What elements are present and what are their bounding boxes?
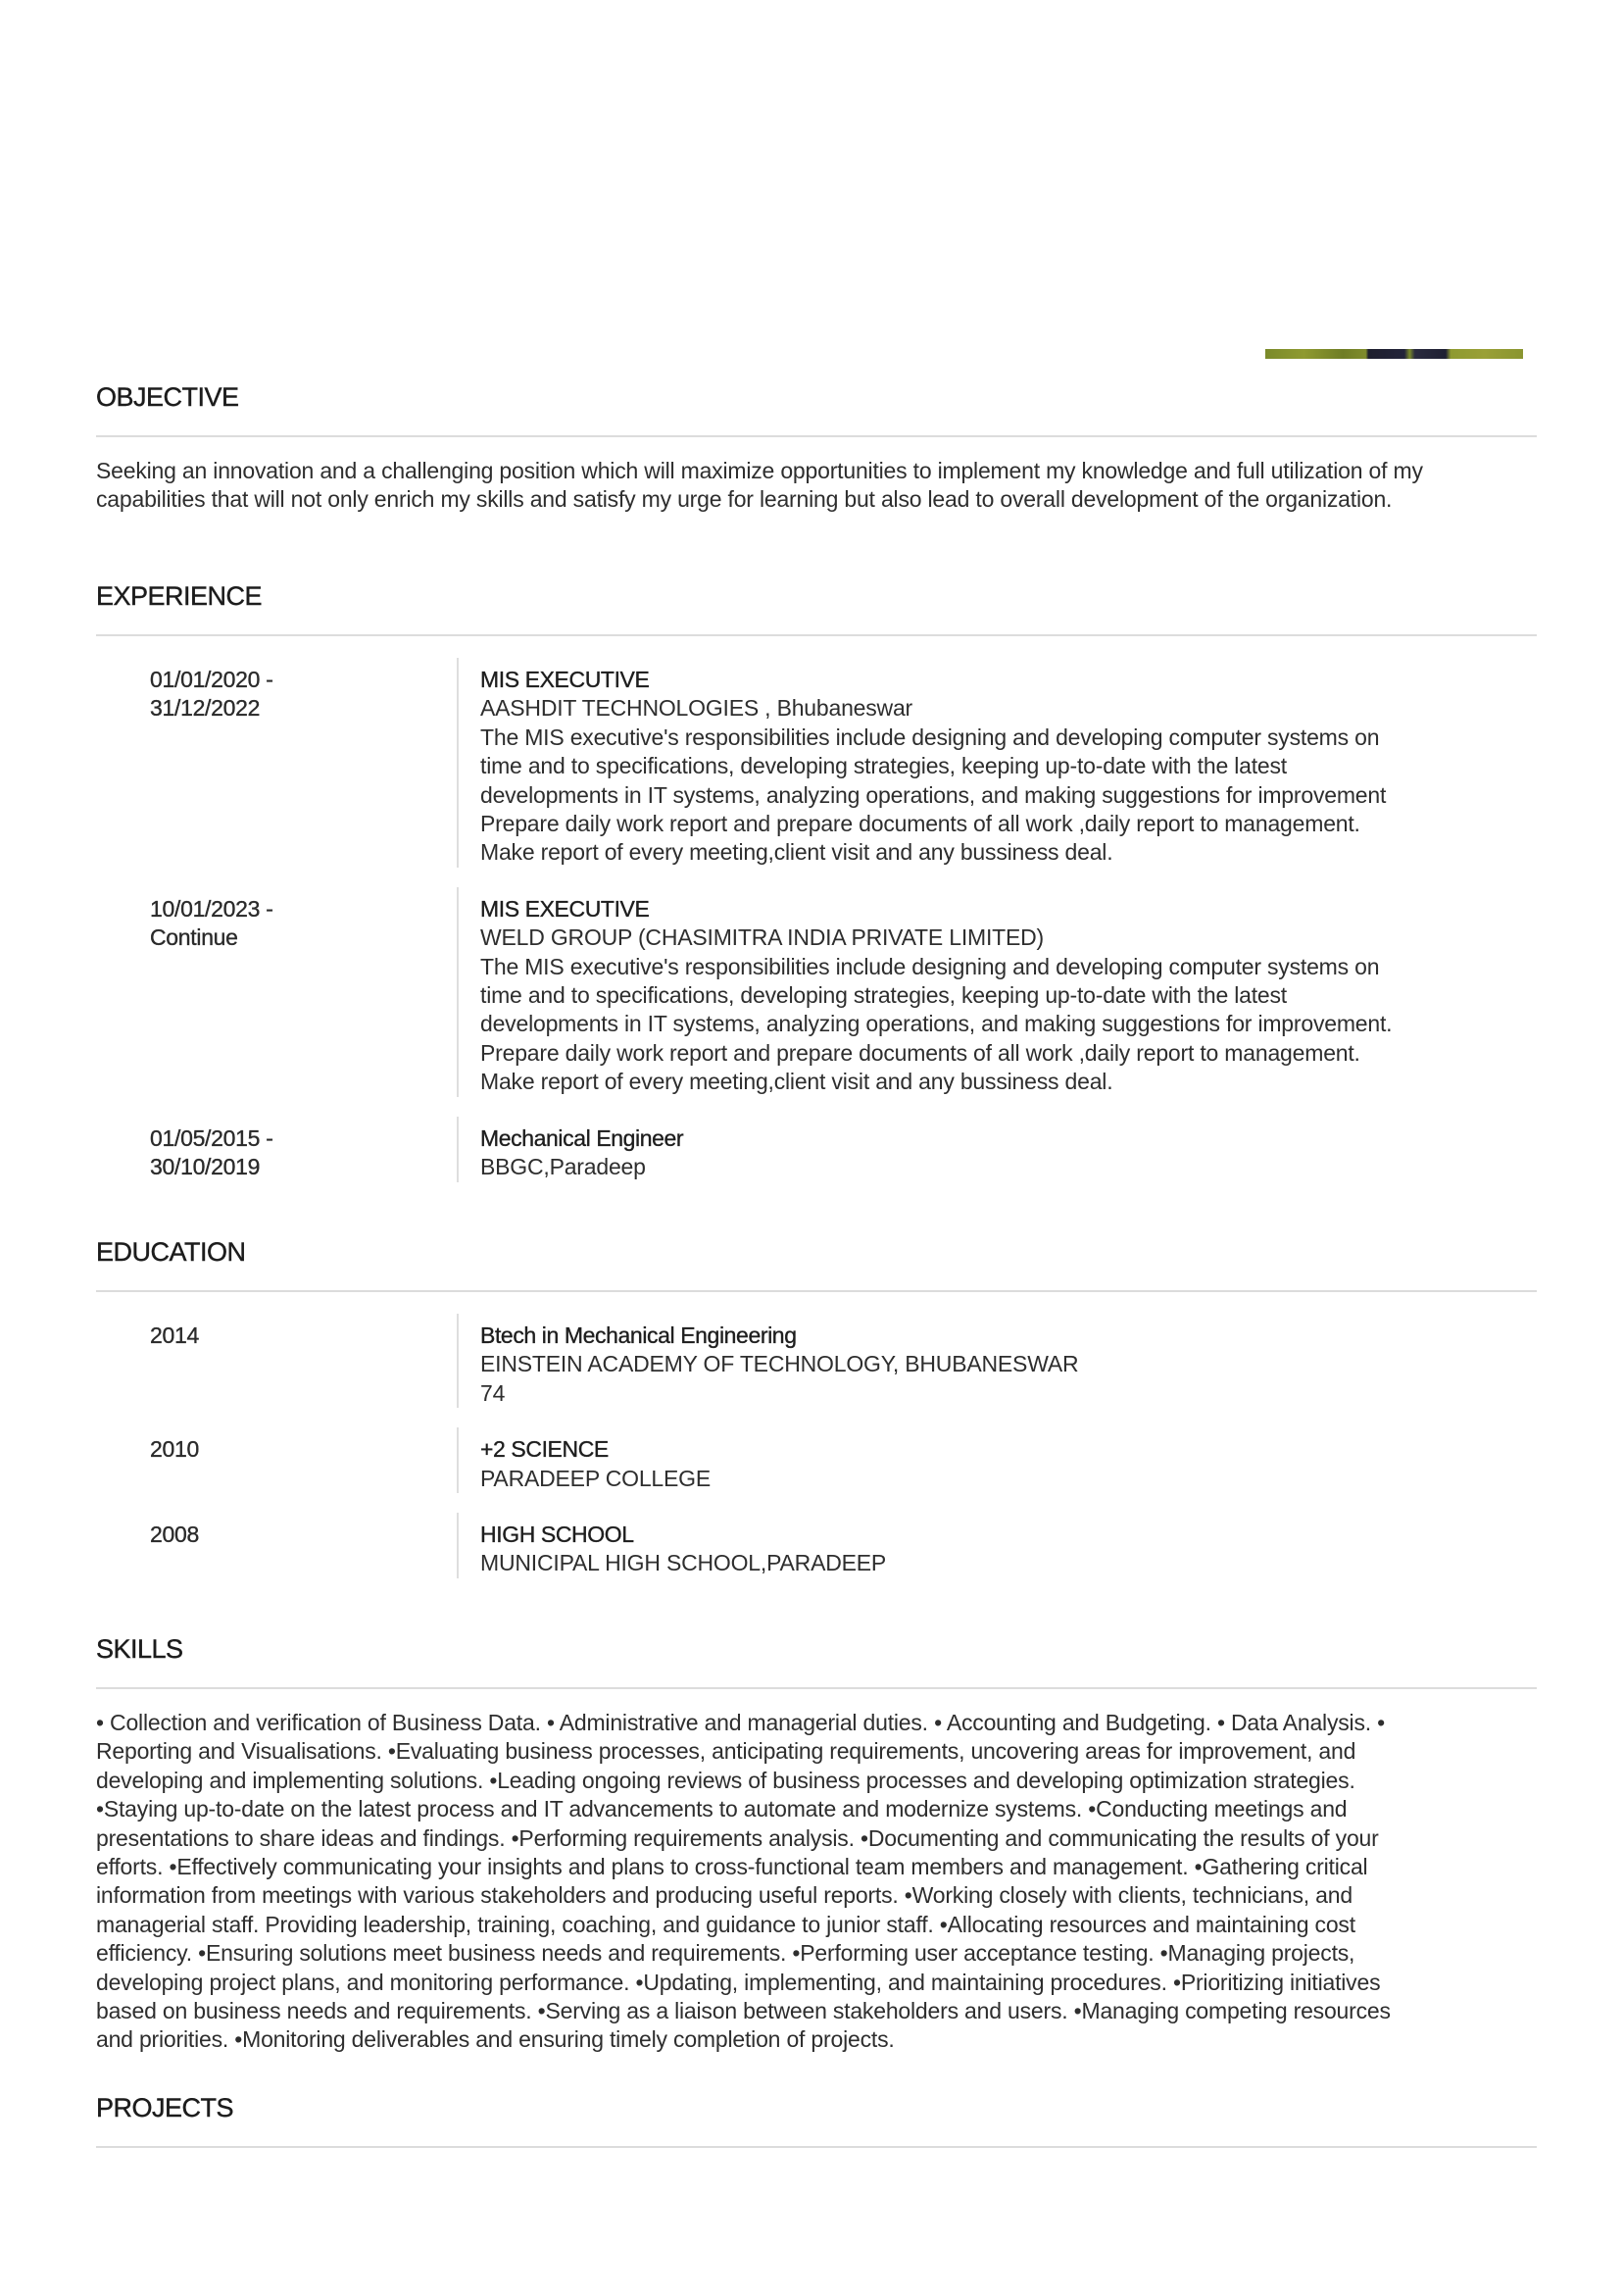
skills-line: • Collection and verification of Busines… [96,1709,1537,1737]
job-description-line: Make report of every meeting,client visi… [480,838,1537,867]
profile-photo [1265,349,1523,359]
entry-body: Mechanical EngineerBBGC,Paradeep [457,1117,1537,1182]
section-title: PROJECTS [96,2091,1537,2124]
job-description-line: time and to specifications, developing s… [480,981,1537,1010]
skills-line: and priorities. •Monitoring deliverables… [96,2025,1537,2054]
score: 74 [480,1379,1537,1408]
entry-body: MIS EXECUTIVEAASHDIT TECHNOLOGIES , Bhub… [457,658,1537,868]
date-end: 31/12/2022 [150,694,457,723]
job-description-line: developments in IT systems, analyzing op… [480,781,1537,810]
institution: MUNICIPAL HIGH SCHOOL,PARADEEP [480,1549,1537,1577]
degree: Btech in Mechanical Engineering [480,1322,1537,1350]
experience-entry: 01/01/2020 -31/12/2022MIS EXECUTIVEAASHD… [96,658,1537,868]
education-list: 2014Btech in Mechanical EngineeringEINST… [96,1314,1537,1578]
skills-line: presentations to share ideas and finding… [96,1824,1537,1853]
education-entry: 2014Btech in Mechanical EngineeringEINST… [96,1314,1537,1408]
skills-line: efficiency. •Ensuring solutions meet bus… [96,1939,1537,1968]
skills-line: managerial staff. Providing leadership, … [96,1911,1537,1939]
section-title: EDUCATION [96,1235,1537,1269]
education-entry: 2010+2 SCIENCEPARADEEP COLLEGE [96,1427,1537,1493]
projects-section: PROJECTS [96,2091,1537,2148]
education-section: EDUCATION 2014Btech in Mechanical Engine… [96,1235,1537,1578]
section-title: EXPERIENCE [96,579,1537,613]
company-name: BBGC,Paradeep [480,1153,1537,1181]
job-title: MIS EXECUTIVE [480,895,1537,923]
experience-list: 01/01/2020 -31/12/2022MIS EXECUTIVEAASHD… [96,658,1537,1182]
degree: +2 SCIENCE [480,1435,1537,1464]
entry-body: +2 SCIENCEPARADEEP COLLEGE [457,1427,1537,1493]
entry-year: 2008 [96,1513,457,1578]
job-description-line: Prepare daily work report and prepare do… [480,810,1537,838]
section-divider [96,634,1537,636]
objective-text: Seeking an innovation and a challenging … [96,457,1527,515]
job-description-line: The MIS executive's responsibilities inc… [480,724,1537,752]
job-title: Mechanical Engineer [480,1124,1537,1153]
section-divider [96,1290,1537,1292]
company-name: WELD GROUP (CHASIMITRA INDIA PRIVATE LIM… [480,923,1537,952]
section-divider [96,2146,1537,2148]
job-description-line: The MIS executive's responsibilities inc… [480,953,1537,981]
job-description-line: time and to specifications, developing s… [480,752,1537,780]
company-name: AASHDIT TECHNOLOGIES , Bhubaneswar [480,694,1537,723]
entry-year: 2010 [96,1427,457,1493]
skills-line: developing and implementing solutions. •… [96,1767,1537,1795]
date-start: 01/05/2015 - [150,1124,457,1153]
entry-date: 01/01/2020 -31/12/2022 [96,658,457,868]
skills-line: efforts. •Effectively communicating your… [96,1853,1537,1881]
job-title: MIS EXECUTIVE [480,666,1537,694]
entry-body: Btech in Mechanical EngineeringEINSTEIN … [457,1314,1537,1408]
skills-line: information from meetings with various s… [96,1881,1537,1910]
skills-text: • Collection and verification of Busines… [96,1709,1537,2055]
entry-date: 10/01/2023 -Continue [96,887,457,1097]
job-description-line: Prepare daily work report and prepare do… [480,1039,1537,1068]
section-divider [96,435,1537,437]
year: 2008 [150,1521,457,1549]
skills-line: based on business needs and requirements… [96,1997,1537,2025]
section-divider [96,1687,1537,1689]
education-entry: 2008HIGH SCHOOLMUNICIPAL HIGH SCHOOL,PAR… [96,1513,1537,1578]
job-description-line: Make report of every meeting,client visi… [480,1068,1537,1096]
experience-section: EXPERIENCE 01/01/2020 -31/12/2022MIS EXE… [96,579,1537,1182]
entry-body: HIGH SCHOOLMUNICIPAL HIGH SCHOOL,PARADEE… [457,1513,1537,1578]
job-description-line: developments in IT systems, analyzing op… [480,1010,1537,1038]
year: 2014 [150,1322,457,1350]
date-start: 10/01/2023 - [150,895,457,923]
skills-line: developing project plans, and monitoring… [96,1969,1537,1997]
date-start: 01/01/2020 - [150,666,457,694]
skills-section: SKILLS • Collection and verification of … [96,1632,1537,2055]
section-title: OBJECTIVE [96,380,1537,414]
entry-body: MIS EXECUTIVEWELD GROUP (CHASIMITRA INDI… [457,887,1537,1097]
institution: EINSTEIN ACADEMY OF TECHNOLOGY, BHUBANES… [480,1350,1537,1378]
date-end: 30/10/2019 [150,1153,457,1181]
skills-line: Reporting and Visualisations. •Evaluatin… [96,1737,1537,1766]
degree: HIGH SCHOOL [480,1521,1537,1549]
skills-line: •Staying up-to-date on the latest proces… [96,1795,1537,1823]
experience-entry: 01/05/2015 -30/10/2019Mechanical Enginee… [96,1117,1537,1182]
year: 2010 [150,1435,457,1464]
entry-year: 2014 [96,1314,457,1408]
entry-date: 01/05/2015 -30/10/2019 [96,1117,457,1182]
institution: PARADEEP COLLEGE [480,1465,1537,1493]
date-end: Continue [150,923,457,952]
objective-section: OBJECTIVE Seeking an innovation and a ch… [96,380,1537,515]
experience-entry: 10/01/2023 -ContinueMIS EXECUTIVEWELD GR… [96,887,1537,1097]
section-title: SKILLS [96,1632,1537,1666]
